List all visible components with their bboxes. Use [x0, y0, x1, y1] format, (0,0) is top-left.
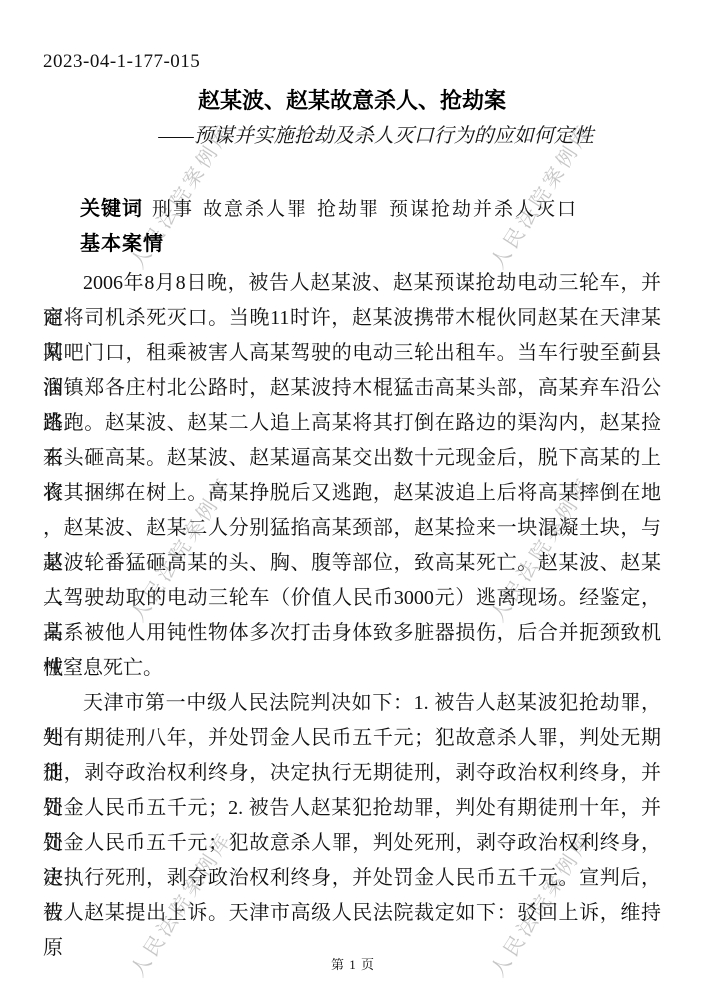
case-number: 2023-04-1-177-015 — [43, 50, 661, 74]
case-subtitle: ——预谋并实施抢劫及杀人灭口行为的应如何定性 — [43, 123, 661, 149]
body-line: 天津市第一中级人民法院判决如下：1. 被告人赵某波犯抢劫罪，判 — [43, 686, 661, 721]
body-line: 告人赵某提出上诉。天津市高级人民法院裁定如下：驳回上诉，维持原 — [43, 896, 661, 931]
case-title: 赵某波、赵某故意杀人、抢劫案 — [43, 87, 661, 114]
keywords-label: 关键词 — [80, 198, 143, 220]
body-line: 刑，剥夺政治权利终身，决定执行无期徒刑，剥夺政治权利终身，并处 — [43, 756, 661, 791]
keyword: 预谋抢劫并杀人灭口 — [389, 199, 578, 220]
paragraph-judgment: 天津市第一中级人民法院判决如下：1. 被告人赵某波犯抢劫罪，判处有期徒刑八年，并… — [43, 686, 661, 931]
keyword: 刑事 — [152, 199, 194, 220]
section-heading-basic-facts: 基本案情 — [43, 231, 661, 257]
body-line: 某系被他人用钝性物体多次打击身体致多脏器损伤，后合并扼颈致机械 — [43, 616, 661, 651]
keywords-list: 刑事故意杀人罪抢劫罪预谋抢劫并杀人灭口 — [152, 199, 587, 220]
keywords-line: 关键词刑事故意杀人罪抢劫罪预谋抢劫并杀人灭口 — [43, 196, 661, 223]
document-page: 人民法院案例库 人民法院案例库 人民法院案例库 人民法院案例库 人民法院案例库 … — [0, 0, 706, 999]
body-line: 罚金人民币五千元；犯故意杀人罪，判处死刑，剥夺政治权利终身，决 — [43, 826, 661, 861]
keyword: 抢劫罪 — [317, 199, 380, 220]
document-content: 2023-04-1-177-015 赵某波、赵某故意杀人、抢劫案 ——预谋并实施… — [0, 0, 706, 999]
body-line: 2006年8月8日晚，被告人赵某波、赵某预谋抢劫电动三轮车，并商 — [43, 266, 661, 301]
body-text: 2006年8月8日晚，被告人赵某波、赵某预谋抢劫电动三轮车，并商定将司机杀死灭口… — [43, 266, 661, 931]
keyword: 故意杀人罪 — [203, 199, 308, 220]
body-line: 将其捆绑在树上。高某挣脱后又逃跑，赵某波追上后将高某摔倒在地 — [43, 476, 661, 511]
body-line: ，赵某波、赵某二人分别猛掐高某颈部，赵某捡来一块混凝土块，与赵 — [43, 511, 661, 546]
body-line: 处有期徒刑八年，并处罚金人民币五千元；犯故意杀人罪，判处无期徒 — [43, 721, 661, 756]
body-line: 网吧门口，租乘被害人高某驾驶的电动三轮出租车。当车行驶至蓟县洇 — [43, 336, 661, 371]
paragraph-case-facts: 2006年8月8日晚，被告人赵某波、赵某预谋抢劫电动三轮车，并商定将司机杀死灭口… — [43, 266, 661, 686]
body-line: 人驾驶劫取的电动三轮车（价值人民币3000元）逃离现场。经鉴定，高 — [43, 581, 661, 616]
body-line: 逃跑。赵某波、赵某二人追上高某将其打倒在路边的渠沟内，赵某捡来 — [43, 406, 661, 441]
body-line: 石头砸高某。赵某波、赵某逼高某交出数十元现金后，脱下高某的上衣 — [43, 441, 661, 476]
body-line: 定执行死刑，剥夺政治权利终身，并处罚金人民币五千元。宣判后，被 — [43, 861, 661, 896]
body-line: 某波轮番猛砸高某的头、胸、腹等部位，致高某死亡。赵某波、赵某二 — [43, 546, 661, 581]
body-line: 罚金人民币五千元；2. 被告人赵某犯抢劫罪，判处有期徒刑十年，并处 — [43, 791, 661, 826]
body-line: 定将司机杀死灭口。当晚11时许，赵某波携带木棍伙同赵某在天津某某 — [43, 301, 661, 336]
body-line: 性窒息死亡。 — [43, 651, 661, 686]
body-line: 溜镇郑各庄村北公路时，赵某波持木棍猛击高某头部，高某弃车沿公路 — [43, 371, 661, 406]
